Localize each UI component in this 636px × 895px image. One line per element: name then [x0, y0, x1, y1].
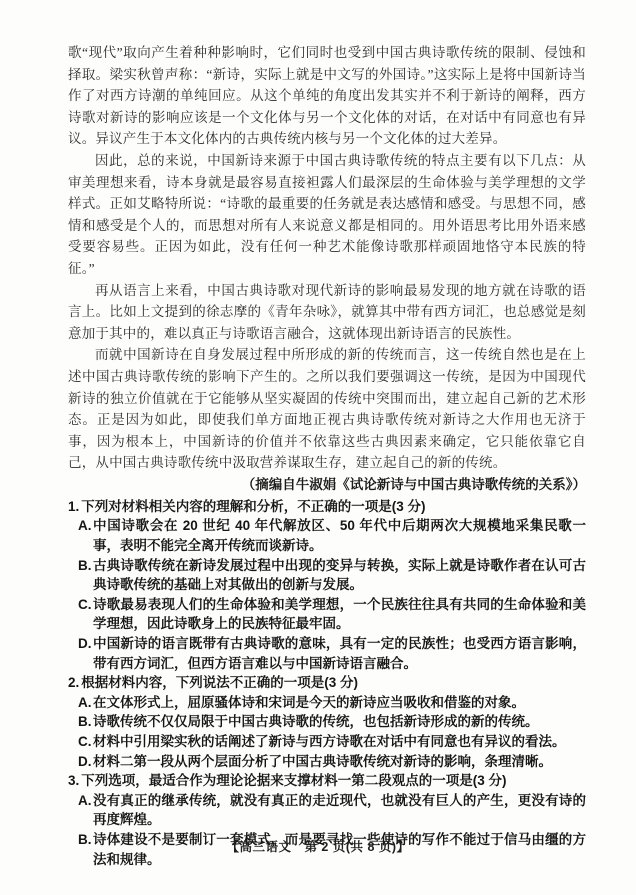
option-text: 中国新诗的语言既带有古典诗歌的意味，具有一定的民族性；也受西方语言影响，带有西方… [93, 636, 586, 671]
option-text: 材料中引用梁实秋的话阐述了新诗与西方诗歌在对话中有同意也有异议的看法。 [93, 734, 566, 749]
option-text: 诗歌最易表现人们的生命体验和美学理想，一个民族往往具有共同的生命体验和美学理想，… [93, 597, 586, 632]
option-text: 诗歌传统不仅仅局限于中国古典诗歌的传统，也包括新诗形成的新的传统。 [93, 714, 539, 729]
question-2-option-a: A.在文体形式上，屈原骚体诗和宋词是今天的新诗应当吸收和借鉴的对象。 [68, 693, 586, 713]
option-text: 材料二第一段从两个层面分析了中国古典诗歌传统对新诗的影响，条理清晰。 [93, 754, 552, 769]
passage-paragraph-4: 而就中国新诗在自身发展过程中所形成的新的传统而言，这一传统自然也是在上述中国古典… [68, 344, 586, 474]
question-3-option-a: A.没有真正的继承传统，就没有真正的走近现代，也就没有巨人的产生，更没有诗的再度… [68, 791, 586, 830]
question-2-stem: 2.根据材料内容，下列说法不正确的一项是(3 分) [68, 673, 586, 693]
passage-attribution: （摘编自牛淑娟《试论新诗与中国古典诗歌传统的关系》） [68, 475, 586, 495]
question-2-stem-text: 根据材料内容，下列说法不正确的一项是(3 分) [81, 675, 358, 690]
question-2-number: 2. [68, 675, 79, 690]
question-2-option-d: D.材料二第一段从两个层面分析了中国古典诗歌传统对新诗的影响，条理清晰。 [68, 752, 586, 772]
option-label: C. [78, 732, 92, 752]
question-3-stem-text: 下列选项，最适合作为理论论据来支撑材料一第二段观点的一项是(3 分) [81, 773, 506, 788]
page-content: 歌“现代”取向产生着种种影响时，它们同时也受到中国古典诗歌传统的限制、侵蚀和择取… [68, 42, 586, 869]
question-3-stem: 3.下列选项，最适合作为理论论据来支撑材料一第二段观点的一项是(3 分) [68, 771, 586, 791]
page-footer: 【高三语文 第 2 页(共 8 页)】 [0, 837, 636, 855]
reading-passage: 歌“现代”取向产生着种种影响时，它们同时也受到中国古典诗歌传统的限制、侵蚀和择取… [68, 42, 586, 495]
option-label: A. [78, 791, 92, 811]
question-3-number: 3. [68, 773, 79, 788]
option-label: D. [78, 752, 92, 772]
question-1-stem: 1.下列对材料相关内容的理解和分析，不正确的一项是(3 分) [68, 497, 586, 517]
question-1-stem-text: 下列对材料相关内容的理解和分析，不正确的一项是(3 分) [81, 499, 425, 514]
option-label: B. [78, 712, 92, 732]
question-2-option-c: C.材料中引用梁实秋的话阐述了新诗与西方诗歌在对话中有同意也有异议的看法。 [68, 732, 586, 752]
option-text: 中国诗歌会在 20 世纪 40 年代解放区、50 年代中后期两次大规模地采集民歌… [93, 518, 586, 553]
option-label: D. [78, 634, 92, 654]
question-section: 1.下列对材料相关内容的理解和分析，不正确的一项是(3 分) A.中国诗歌会在 … [68, 497, 586, 869]
option-label: A. [78, 516, 92, 536]
question-1-number: 1. [68, 499, 79, 514]
option-label: A. [78, 693, 92, 713]
question-1-option-a: A.中国诗歌会在 20 世纪 40 年代解放区、50 年代中后期两次大规模地采集… [68, 516, 586, 555]
option-text: 古典诗歌传统在新诗发展过程中出现的变异与转换，实际上就是诗歌作者在认可古典诗歌传… [93, 558, 586, 593]
passage-paragraph-3: 再从语言上来看，中国古典诗歌对现代新诗的影响最易发现的地方就在诗歌的语言上。比如… [68, 280, 586, 345]
exam-page: 歌“现代”取向产生着种种影响时，它们同时也受到中国古典诗歌传统的限制、侵蚀和择取… [0, 0, 636, 895]
option-label: C. [78, 595, 92, 615]
option-text: 没有真正的继承传统，就没有真正的走近现代，也就没有巨人的产生，更没有诗的再度辉煌… [93, 793, 586, 828]
passage-paragraph-2: 因此，总的来说，中国新诗来源于中国古典诗歌传统的特点主要有以下几点：从审美理想来… [68, 150, 586, 280]
option-text: 在文体形式上，屈原骚体诗和宋词是今天的新诗应当吸收和借鉴的对象。 [93, 695, 525, 710]
option-label: B. [78, 556, 92, 576]
passage-paragraph-1: 歌“现代”取向产生着种种影响时，它们同时也受到中国古典诗歌传统的限制、侵蚀和择取… [68, 42, 586, 150]
question-1: 1.下列对材料相关内容的理解和分析，不正确的一项是(3 分) A.中国诗歌会在 … [68, 497, 586, 673]
question-1-option-d: D.中国新诗的语言既带有古典诗歌的意味，具有一定的民族性；也受西方语言影响，带有… [68, 634, 586, 673]
question-2: 2.根据材料内容，下列说法不正确的一项是(3 分) A.在文体形式上，屈原骚体诗… [68, 673, 586, 771]
question-2-option-b: B.诗歌传统不仅仅局限于中国古典诗歌的传统，也包括新诗形成的新的传统。 [68, 712, 586, 732]
question-1-option-b: B.古典诗歌传统在新诗发展过程中出现的变异与转换，实际上就是诗歌作者在认可古典诗… [68, 556, 586, 595]
question-1-option-c: C.诗歌最易表现人们的生命体验和美学理想，一个民族往往具有共同的生命体验和美学理… [68, 595, 586, 634]
